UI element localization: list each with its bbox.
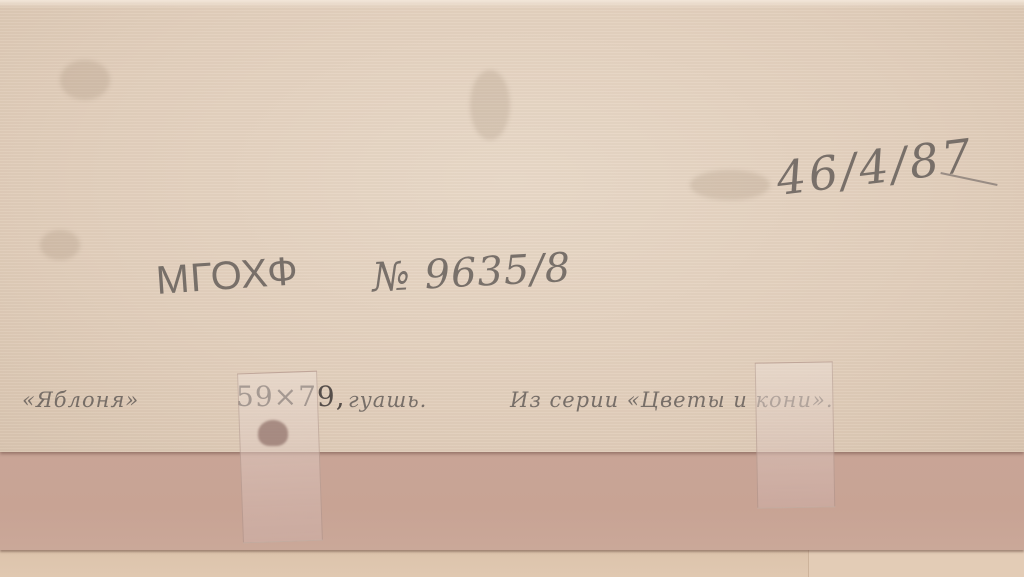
inventory-code: МГОХФ <box>155 249 301 304</box>
adhesive-tape-right <box>755 361 836 508</box>
paper-stain <box>470 70 510 140</box>
catalog-number: 46/4/87 <box>773 128 976 206</box>
artwork-paper-verso: 46/4/87 МГОХФ № 9635/8 «Яблоня» 59×79, г… <box>0 0 1024 452</box>
paper-stain <box>40 230 80 260</box>
tape-residue-mark <box>258 420 288 446</box>
backing-mat <box>0 446 1024 550</box>
artwork-title: «Яблоня» <box>22 388 139 412</box>
artwork-medium: гуашь. <box>348 388 427 412</box>
paper-top-edge <box>0 0 1024 8</box>
paper-stain <box>690 170 770 200</box>
photograph: 46/4/87 МГОХФ № 9635/8 «Яблоня» 59×79, г… <box>0 0 1024 577</box>
paper-stain <box>60 60 110 100</box>
inventory-number: № 9635/8 <box>371 245 572 301</box>
adhesive-tape-left <box>237 371 323 544</box>
